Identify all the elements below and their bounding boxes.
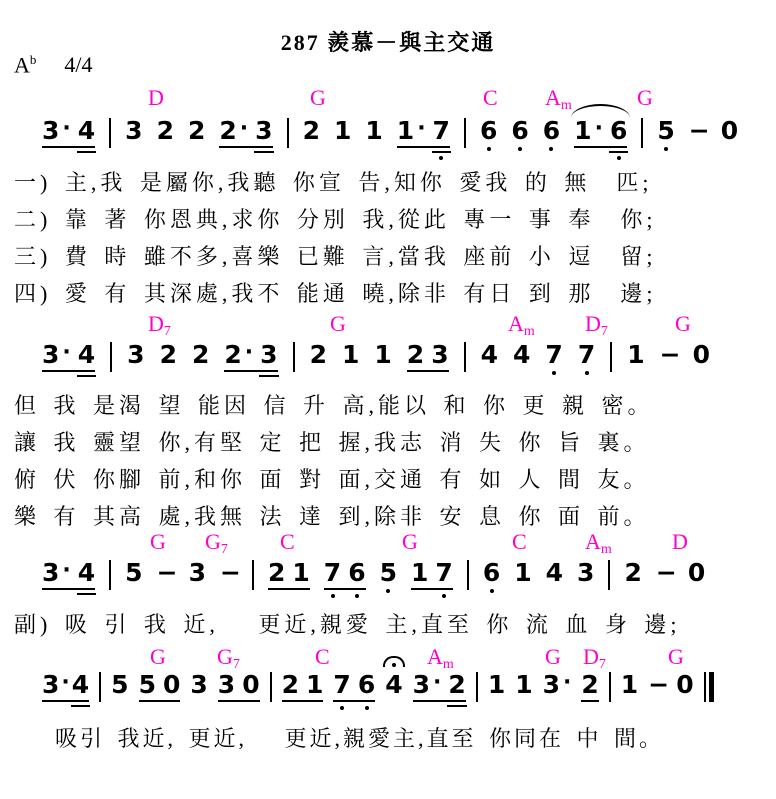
chord-symbol: Am	[427, 644, 454, 673]
note: 1	[515, 672, 532, 697]
note: 7	[324, 560, 341, 585]
note-group: 21	[268, 560, 310, 590]
note-group: 6	[483, 560, 500, 585]
note-group: 1	[374, 342, 391, 367]
note: 3	[218, 672, 235, 697]
note-group: 76	[333, 672, 375, 702]
note: 4	[78, 560, 95, 585]
note: 2	[624, 560, 641, 585]
note-group: 5	[380, 560, 397, 585]
rest-note: 0	[688, 560, 705, 585]
note-group: 5	[125, 560, 142, 585]
note-group: 5	[111, 672, 128, 697]
verse-line: 樂 有 其高 處,我無 法 達 到,除非 安 息 你 面 前。	[14, 500, 770, 531]
chord-symbol: G	[402, 529, 418, 555]
key-note: Ab	[14, 52, 36, 78]
final-barline	[704, 672, 714, 702]
chord-symbol: G	[150, 529, 166, 555]
note: 3	[125, 118, 142, 143]
chord-symbol: D	[148, 85, 164, 111]
note: 6	[511, 118, 528, 143]
key-signature: Ab 4/4	[14, 52, 93, 78]
note: 1	[334, 118, 351, 143]
chord-symbol: C	[483, 85, 498, 111]
note: 2	[224, 342, 241, 367]
chord-symbol: D7	[585, 311, 608, 340]
note: 1	[374, 342, 391, 367]
verse-line: 但 我 是渴 望 能因 信 升 高,能以 和 你 更 親 密。	[14, 389, 770, 420]
note-group: 4	[481, 342, 498, 367]
note-group: 6	[511, 118, 528, 143]
note: 2	[192, 342, 209, 367]
note-group: 3·4	[42, 342, 95, 372]
note-group: 3·2	[413, 672, 466, 702]
note: 3	[543, 672, 560, 697]
note-group: 1	[515, 672, 532, 697]
augmentation-dot: ·	[595, 118, 603, 140]
note-group: 3	[189, 560, 206, 585]
note-dash: −	[648, 672, 666, 697]
note: 4	[72, 672, 89, 697]
notes-row-2: 3·43222·32112344771−0	[42, 342, 766, 372]
note-group: 1	[627, 342, 644, 367]
note: 6	[483, 560, 500, 585]
rest-note: 0	[163, 672, 180, 697]
rest-note: 0	[676, 672, 693, 697]
note: 3	[42, 342, 59, 367]
verse-line: 俯 伏 你腳 前,和你 面 對 面,交通 有 如 人 間 友。	[14, 463, 770, 494]
note: 2	[581, 672, 598, 697]
note: 5	[657, 118, 674, 143]
note: 3	[431, 342, 448, 367]
note: 2	[219, 118, 236, 143]
chord-symbol: G7	[205, 529, 228, 558]
note: 7	[435, 560, 452, 585]
note-group: 6	[543, 118, 560, 143]
augmentation-dot: ·	[61, 672, 69, 694]
note-dash: −	[656, 560, 674, 585]
note-group: 21	[282, 672, 324, 702]
note: 3	[577, 560, 594, 585]
note: 1	[292, 560, 309, 585]
note-group: 6	[480, 118, 497, 143]
chord-symbol: Am	[508, 311, 535, 340]
chord-symbol: Am	[585, 529, 612, 558]
barline	[270, 672, 272, 702]
barline	[609, 672, 611, 702]
barline	[608, 560, 610, 590]
note: 5	[139, 672, 156, 697]
barline	[109, 118, 111, 148]
note: 2	[303, 118, 320, 143]
note: 5	[111, 672, 128, 697]
note-group: 1	[342, 342, 359, 367]
augmentation-dot: ·	[62, 342, 70, 364]
barline	[467, 560, 469, 590]
note-group-tied: 1·6	[574, 118, 627, 148]
note: 4	[513, 342, 530, 367]
barline	[641, 118, 643, 148]
note: 6	[610, 118, 627, 143]
chord-symbol: G	[637, 85, 653, 111]
note: 5	[125, 560, 142, 585]
note-dash: −	[220, 560, 238, 585]
note-group: 2	[157, 118, 174, 143]
barline	[464, 342, 466, 372]
refrain-line: 副) 吸 引 我 近, 更近,親愛 主,直至 你 流 血 身 邊;	[14, 608, 770, 639]
note: 5	[380, 560, 397, 585]
note: 3	[189, 560, 206, 585]
note: 1	[627, 342, 644, 367]
note: 3	[255, 118, 272, 143]
note-group: 2	[581, 672, 598, 702]
note-group: 0	[721, 118, 738, 143]
chord-row-2: D7GAmD7G	[0, 311, 776, 337]
note: 7	[578, 342, 595, 367]
note-group: 1	[514, 560, 531, 585]
note: 3	[190, 672, 207, 697]
note-group: 1	[365, 118, 382, 143]
chord-row-3: GG7CGCAmD	[0, 529, 776, 555]
note-group: 7	[545, 342, 562, 367]
note: 2	[160, 342, 177, 367]
chord-symbol: C	[512, 529, 527, 555]
note: 3	[42, 560, 59, 585]
barline	[109, 560, 111, 590]
note-dash: −	[660, 342, 678, 367]
chord-symbol: G	[330, 311, 346, 337]
barline	[610, 342, 612, 372]
chord-row-1: DGCAmG	[0, 85, 776, 111]
note: 6	[348, 560, 365, 585]
note-group: 2	[624, 560, 641, 585]
note: 7	[433, 118, 450, 143]
barline	[252, 560, 254, 590]
note: 1	[621, 672, 638, 697]
augmentation-dot: ·	[563, 672, 571, 694]
barline	[110, 342, 112, 372]
barline	[293, 342, 295, 372]
note-group: 4	[546, 560, 563, 585]
note-group: 0	[676, 672, 693, 697]
chord-symbol: D7	[148, 311, 171, 340]
refrain-line: 吸引 我近, 更近, 更近,親愛主,直至 你同在 中 間。	[55, 722, 770, 753]
note: 2	[157, 118, 174, 143]
note: 3	[42, 672, 59, 697]
note: 7	[333, 672, 350, 697]
verse-line: 三) 費 時 雖不多,喜樂 已難 言,當我 座前 小 逗 留;	[14, 240, 770, 271]
note: 1	[342, 342, 359, 367]
note: 1	[365, 118, 382, 143]
augmentation-dot: ·	[433, 672, 441, 694]
note: 6	[358, 672, 375, 697]
note: 6	[543, 118, 560, 143]
note-group: 0	[688, 560, 705, 585]
barline	[464, 118, 466, 148]
chord-symbol: C	[315, 644, 330, 670]
note-group: 3	[577, 560, 594, 585]
chord-symbol: G	[675, 311, 691, 337]
hymn-sheet: 287 羨慕－與主交通 Ab 4/4 DGCAmG 3·43222·32111·…	[0, 0, 776, 799]
note: 1	[514, 560, 531, 585]
note-group: 5	[657, 118, 674, 143]
note-group: 4	[513, 342, 530, 367]
chord-symbol: G7	[217, 644, 240, 673]
note: 4	[385, 672, 402, 697]
notes-row-1: 3·43222·32111·76661·65−0	[42, 118, 766, 148]
note-group: 2·3	[224, 342, 277, 372]
note-group: 50	[139, 672, 181, 702]
note: 2	[282, 672, 299, 697]
note: 7	[545, 342, 562, 367]
chord-symbol: D	[672, 529, 688, 555]
note-group: 4	[385, 672, 402, 697]
note-group: 0	[693, 342, 710, 367]
note: 3	[413, 672, 430, 697]
note-group: 76	[324, 560, 366, 590]
note: 1	[574, 118, 591, 143]
note-dash: −	[689, 118, 707, 143]
note-group: 3·	[543, 672, 572, 697]
note: 3	[42, 118, 59, 143]
note: 1	[488, 672, 505, 697]
note-group: 3	[127, 342, 144, 367]
chord-symbol: G	[150, 644, 166, 670]
note-group: 1	[334, 118, 351, 143]
note-group: 3·4	[42, 118, 95, 148]
note-group: 2	[310, 342, 327, 367]
augmentation-dot: ·	[417, 118, 425, 140]
notes-row-4: 3·4550330217643·2113·21−0	[42, 672, 766, 702]
note: 6	[480, 118, 497, 143]
note-dash: −	[157, 560, 175, 585]
note: 1	[411, 560, 428, 585]
note: 2	[310, 342, 327, 367]
time-signature: 4/4	[64, 52, 92, 78]
verse-line: 二) 靠 著 你恩典,求你 分別 我,從此 專一 事 奉 你;	[14, 203, 770, 234]
note-group: 2	[160, 342, 177, 367]
note-group: 7	[578, 342, 595, 367]
chord-symbol: C	[280, 529, 295, 555]
page-title: 287 羨慕－與主交通	[0, 26, 776, 57]
notes-row-3: 3·45−3−217651761432−0	[42, 560, 766, 590]
note: 2	[407, 342, 424, 367]
verse-line: 一) 主,我 是屬你,我聽 你宣 告,知你 愛我 的 無 匹;	[14, 166, 770, 197]
note-group: 3·4	[42, 560, 95, 590]
verse-line: 讓 我 靈望 你,有堅 定 把 握,我志 消 失 你 旨 裏。	[14, 426, 770, 457]
augmentation-dot: ·	[62, 118, 70, 140]
note: 4	[78, 342, 95, 367]
barline	[287, 118, 289, 148]
note-group: 2	[192, 342, 209, 367]
chord-symbol: G	[545, 644, 561, 670]
rest-note: 0	[242, 672, 259, 697]
note: 1	[397, 118, 414, 143]
note: 2	[448, 672, 465, 697]
note: 2	[268, 560, 285, 585]
note-group: 2	[303, 118, 320, 143]
note: 3	[127, 342, 144, 367]
augmentation-dot: ·	[240, 118, 248, 140]
note-group: 3	[190, 672, 207, 697]
note-group: 1·7	[397, 118, 450, 148]
note-group: 23	[407, 342, 449, 372]
note-group: 17	[411, 560, 453, 590]
flat-accidental: b	[30, 52, 37, 67]
chord-symbol: G	[668, 644, 684, 670]
chord-symbol: G	[310, 85, 326, 111]
chord-symbol: Am	[545, 85, 572, 114]
note: 4	[78, 118, 95, 143]
note: 4	[481, 342, 498, 367]
chord-symbol: D7	[583, 644, 606, 673]
note: 2	[188, 118, 205, 143]
note-group: 1	[621, 672, 638, 697]
augmentation-dot: ·	[245, 342, 253, 364]
rest-note: 0	[693, 342, 710, 367]
barline	[476, 672, 478, 702]
note-group: 30	[218, 672, 260, 702]
rest-note: 0	[721, 118, 738, 143]
note-group: 1	[488, 672, 505, 697]
note: 3	[260, 342, 277, 367]
note-group: 2	[188, 118, 205, 143]
note-group: 3·4	[42, 672, 89, 702]
note: 4	[546, 560, 563, 585]
note-group: 2·3	[219, 118, 272, 148]
note: 1	[306, 672, 323, 697]
note-group: 3	[125, 118, 142, 143]
verse-line: 四) 愛 有 其深處,我不 能通 曉,除非 有日 到 那 邊;	[14, 277, 770, 308]
augmentation-dot: ·	[62, 560, 70, 582]
barline	[99, 672, 101, 702]
